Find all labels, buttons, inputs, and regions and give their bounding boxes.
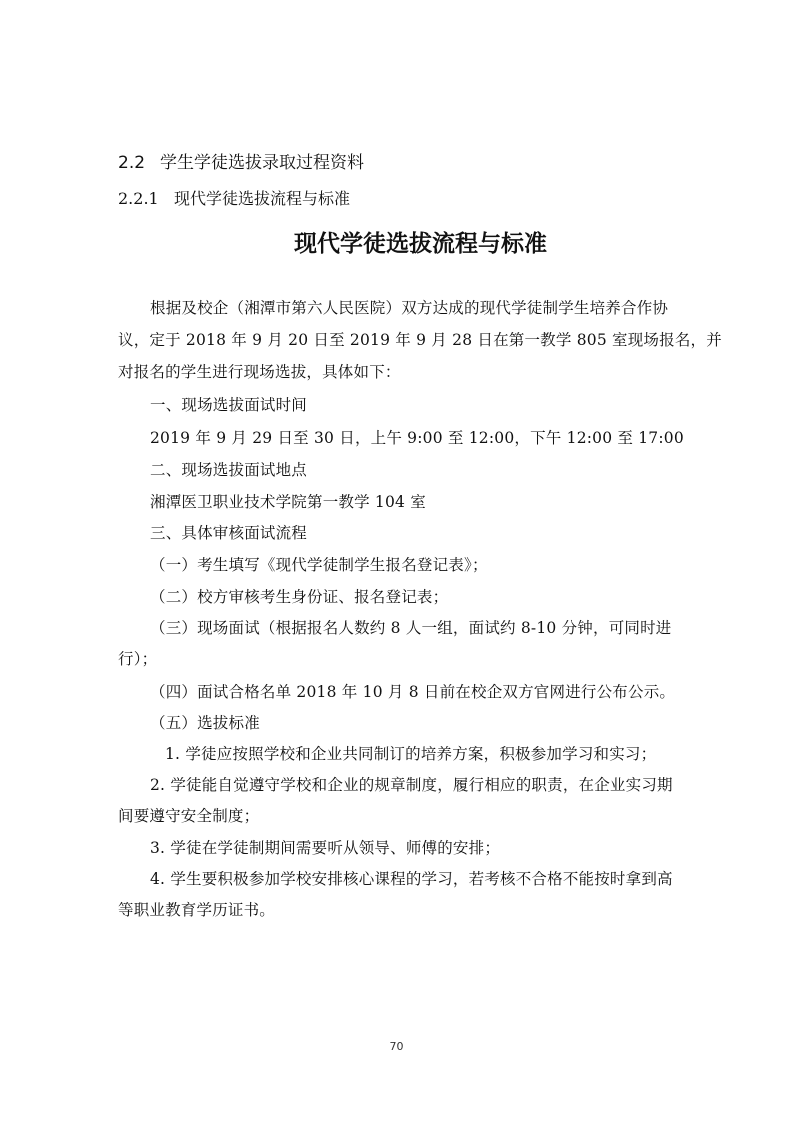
body-line: 根据及校企（湘潭市第六人民医院）双方达成的现代学徒制学生培养合作协: [150, 296, 668, 318]
section-title: 学生学徒选拔录取过程资料: [160, 153, 364, 173]
list-item-cont: 行）；: [118, 647, 157, 669]
criteria-item-cont: 等职业教育学历证书。: [118, 898, 275, 920]
criteria-item: 4. 学生要积极参加学校安排核心课程的学习，若考核不合格不能按时拿到高: [150, 867, 673, 889]
list-item: （二）校方审核考生身份证、报名登记表；: [150, 585, 448, 607]
subsection-number: 2.2.1: [118, 189, 174, 208]
criteria-item-cont: 间要遵守安全制度；: [118, 804, 259, 826]
page-number: 70: [0, 1040, 793, 1053]
body-line: 2019 年 9 月 29 日至 30 日，上午 9:00 至 12:00，下午…: [150, 426, 684, 448]
body-line: 湘潭医卫职业技术学院第一教学 104 室: [150, 490, 426, 512]
criteria-item: 3. 学徒在学徒制期间需要听从领导、师傅的安排；: [150, 836, 500, 858]
subsection-title: 现代学徒选拔流程与标准: [174, 189, 350, 208]
item-heading: 三、具体审核面试流程: [150, 521, 307, 543]
document-title: 现代学徒选拔流程与标准: [0, 225, 793, 258]
subsection-heading: 2.2.1现代学徒选拔流程与标准: [118, 186, 350, 209]
body-line: 议，定于 2018 年 9 月 20 日至 2019 年 9 月 28 日在第一…: [118, 328, 722, 350]
body-line: 对报名的学生进行现场选拔，具体如下：: [118, 360, 401, 382]
list-item: （一）考生填写《现代学徒制学生报名登记表》；: [150, 553, 488, 575]
list-item: （五）选拔标准: [150, 711, 260, 733]
item-heading: 二、现场选拔面试地点: [150, 458, 307, 480]
section-heading: 2.2学生学徒选拔录取过程资料: [118, 148, 364, 173]
criteria-item: 2. 学徒能自觉遵守学校和企业的规章制度，履行相应的职责，在企业实习期: [150, 773, 673, 795]
list-item: （三）现场面试（根据报名人数约 8 人一组，面试约 8-10 分钟，可同时进: [150, 616, 672, 638]
item-heading: 一、现场选拔面试时间: [150, 393, 307, 415]
section-number: 2.2: [118, 153, 160, 173]
criteria-item: 1. 学徒应按照学校和企业共同制订的培养方案，积极参加学习和实习；: [165, 742, 656, 764]
list-item: （四）面试合格名单 2018 年 10 月 8 日前在校企双方官网进行公布公示。: [150, 680, 675, 702]
